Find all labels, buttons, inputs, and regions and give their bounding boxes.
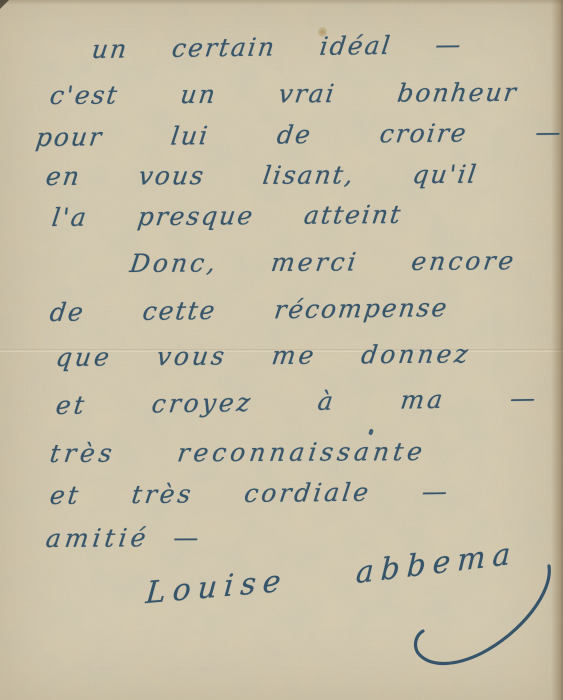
signature-first-name: Louise xyxy=(144,563,289,611)
letter-line: un certain idéal — xyxy=(90,31,464,65)
letter-line: en vous lisant, qu'il xyxy=(44,161,480,192)
letter-line: pour lui de croire — xyxy=(34,118,563,152)
letter-line: Donc, merci encore xyxy=(128,247,518,278)
page-edge-shadow xyxy=(551,0,563,700)
scan-corner xyxy=(0,0,9,9)
letter-page: un certain idéal — c'est un vrai bonheur… xyxy=(0,0,563,700)
letter-line: amitié — xyxy=(44,524,204,554)
letter-line: et très cordiale — xyxy=(48,478,452,511)
letter-line: c'est un vrai bonheur xyxy=(48,79,520,111)
page-edge-shadow-top xyxy=(0,0,563,5)
letter-line: très reconnaissante xyxy=(48,438,428,469)
signature-last-name: abbema xyxy=(355,536,518,591)
ink-speck xyxy=(368,428,374,435)
letter-line: l'a presque atteint xyxy=(50,201,404,233)
letter-line: et croyez à ma — xyxy=(54,384,540,420)
letter-line: que vous me donnez xyxy=(54,340,472,372)
letter-line: de cette récompense xyxy=(48,294,450,328)
